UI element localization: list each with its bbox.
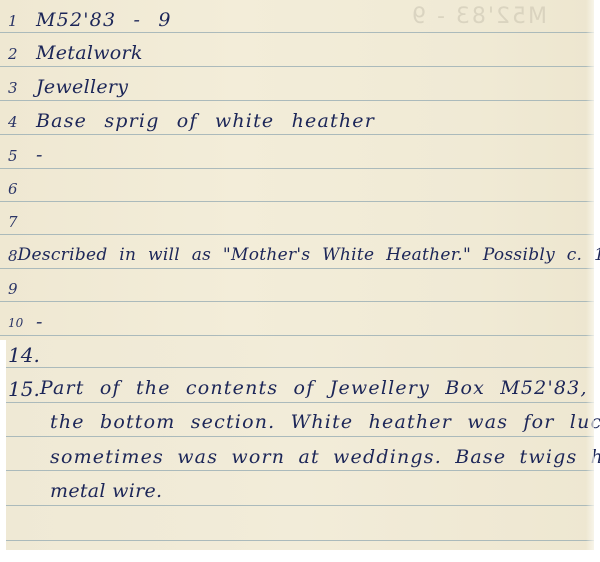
field-row-10: 10 - [0, 302, 594, 336]
field-row-2: 2 Metalwork [0, 33, 594, 67]
field-number: 7 [0, 213, 36, 235]
field-number: 3 [0, 79, 36, 101]
field-row-8: 8 Described in will as "Mother's White H… [0, 235, 594, 269]
field-row-7: 7 [0, 201, 594, 235]
notes-continuation: sometimes was worn at weddings. Base twi… [6, 437, 594, 471]
field-value: - [36, 144, 43, 169]
field-row-5: 5 - [0, 135, 594, 169]
field-row-14: 14. [6, 334, 594, 368]
ruled-line [6, 505, 594, 506]
field-number: 6 [0, 180, 36, 202]
object-number: M52'83 - 9 [36, 9, 172, 34]
field-number: 4 [0, 113, 36, 135]
field-row-9: 9 [0, 268, 594, 302]
department: Metalwork [36, 42, 143, 67]
field-row-15: 15. Part of the contents of Jewellery Bo… [6, 368, 594, 402]
description-note: Described in will as "Mother's White Hea… [18, 244, 600, 269]
object-name: Base sprig of white heather [36, 110, 375, 135]
notes-line-4: metal wire. [50, 480, 162, 505]
card-edge [586, 340, 594, 550]
field-value: - [36, 311, 43, 336]
field-row-6: 6 [0, 168, 594, 202]
field-number: 9 [0, 280, 36, 302]
notes-line-1: Part of the contents of Jewellery Box M5… [40, 377, 600, 402]
record-card-top: M52'83 - 9 1 M52'83 - 9 2 Metalwork 3 Je… [0, 0, 594, 340]
field-number: 14. [6, 346, 50, 368]
field-number: 8 [0, 247, 18, 269]
field-row-3: 3 Jewellery [0, 67, 594, 101]
notes-continuation: the bottom section. White heather was fo… [6, 402, 594, 436]
field-number: 1 [0, 12, 36, 34]
notes-line-3: sometimes was worn at weddings. Base twi… [50, 446, 600, 471]
notes-line-2: the bottom section. White heather was fo… [50, 411, 600, 436]
field-number: 5 [0, 147, 36, 169]
field-row-1: 1 M52'83 - 9 [0, 0, 594, 34]
record-card-bottom: 14. 15. Part of the contents of Jeweller… [6, 340, 594, 550]
field-number: 10 [0, 314, 36, 336]
field-row-4: 4 Base sprig of white heather [0, 101, 594, 135]
category: Jewellery [36, 76, 128, 101]
notes-continuation: metal wire. [6, 471, 594, 505]
field-number: 2 [0, 45, 36, 67]
field-number: 15. [6, 380, 40, 402]
card-edge [586, 0, 594, 340]
ruled-line [6, 540, 594, 541]
